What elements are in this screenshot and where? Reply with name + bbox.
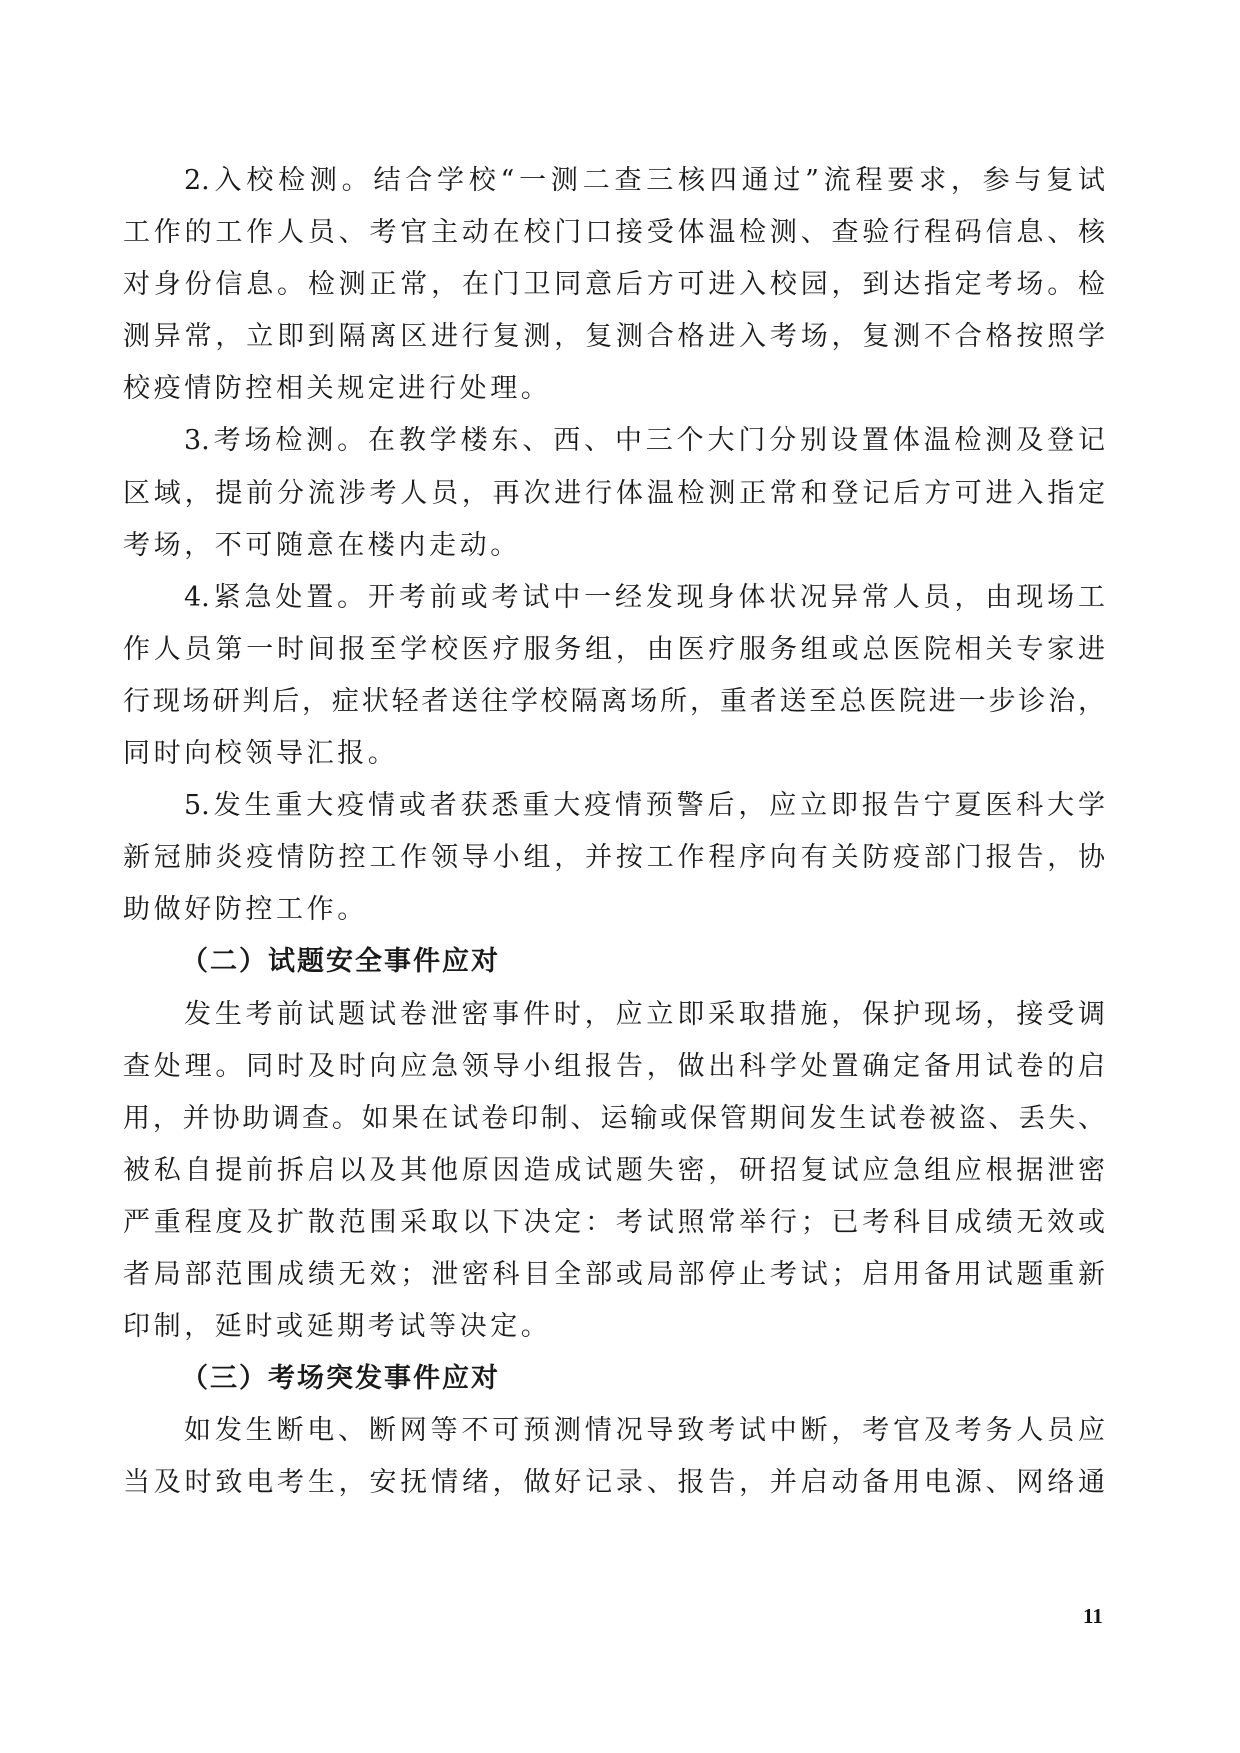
text-line: 作人员第一时间报至学校医疗服务组，由医疗服务组或总医院相关专家进	[123, 624, 1105, 676]
text-line: 行现场研判后，症状轻者送往学校隔离场所，重者送至总医院进一步诊治，	[123, 676, 1105, 728]
paragraph-item-5: 5.发生重大疫情或者获悉重大疫情预警后，应立即报告宁夏医科大学 新冠肺炎疫情防控…	[123, 780, 1105, 936]
text-line: 3.考场检测。在教学楼东、西、中三个大门分别设置体温检测及登记	[123, 415, 1105, 467]
text-line: 者局部范围成绩无效；泄密科目全部或局部停止考试；启用备用试题重新	[123, 1249, 1105, 1301]
paragraph-exam-security: 发生考前试题试卷泄密事件时，应立即采取措施，保护现场，接受调 查处理。同时及时向…	[123, 989, 1105, 1354]
text-line: 考场，不可随意在楼内走动。	[123, 520, 1105, 572]
paragraph-venue-emergency: 如发生断电、断网等不可预测情况导致考试中断，考官及考务人员应 当及时致电考生，安…	[123, 1405, 1105, 1509]
text-line: 如发生断电、断网等不可预测情况导致考试中断，考官及考务人员应	[123, 1405, 1105, 1457]
section-heading-exam-security: （二）试题安全事件应对	[123, 936, 1105, 988]
text-line: 同时向校领导汇报。	[123, 728, 1105, 780]
text-line: 5.发生重大疫情或者获悉重大疫情预警后，应立即报告宁夏医科大学	[123, 780, 1105, 832]
paragraph-item-3: 3.考场检测。在教学楼东、西、中三个大门分别设置体温检测及登记 区域，提前分流涉…	[123, 415, 1105, 571]
text-line: 当及时致电考生，安抚情绪，做好记录、报告，并启动备用电源、网络通	[123, 1457, 1105, 1509]
document-page: 2.入校检测。结合学校“一测二查三核四通过”流程要求，参与复试 工作的工作人员、…	[0, 0, 1240, 1753]
section-heading-venue-emergency: （三）考场突发事件应对	[123, 1353, 1105, 1405]
text-line: 严重程度及扩散范围采取以下决定：考试照常举行；已考科目成绩无效或	[123, 1197, 1105, 1249]
text-line: 印制，延时或延期考试等决定。	[123, 1301, 1105, 1353]
page-number: 11	[1083, 1604, 1103, 1629]
text-line: 对身份信息。检测正常，在门卫同意后方可进入校园，到达指定考场。检	[123, 259, 1105, 311]
text-line: 用，并协助调查。如果在试卷印制、运输或保管期间发生试卷被盗、丢失、	[123, 1093, 1105, 1145]
paragraph-item-2: 2.入校检测。结合学校“一测二查三核四通过”流程要求，参与复试 工作的工作人员、…	[123, 155, 1105, 415]
text-line: 发生考前试题试卷泄密事件时，应立即采取措施，保护现场，接受调	[123, 989, 1105, 1041]
text-line: 2.入校检测。结合学校“一测二查三核四通过”流程要求，参与复试	[123, 155, 1105, 207]
paragraph-item-4: 4.紧急处置。开考前或考试中一经发现身体状况异常人员，由现场工 作人员第一时间报…	[123, 572, 1105, 780]
text-line: 查处理。同时及时向应急领导小组报告，做出科学处置确定备用试卷的启	[123, 1041, 1105, 1093]
text-line: 4.紧急处置。开考前或考试中一经发现身体状况异常人员，由现场工	[123, 572, 1105, 624]
text-line: 被私自提前拆启以及其他原因造成试题失密，研招复试应急组应根据泄密	[123, 1145, 1105, 1197]
text-line: 区域，提前分流涉考人员，再次进行体温检测正常和登记后方可进入指定	[123, 468, 1105, 520]
text-line: 校疫情防控相关规定进行处理。	[123, 363, 1105, 415]
page-body: 2.入校检测。结合学校“一测二查三核四通过”流程要求，参与复试 工作的工作人员、…	[123, 155, 1105, 1509]
text-line: 助做好防控工作。	[123, 884, 1105, 936]
text-line: 测异常，立即到隔离区进行复测，复测合格进入考场，复测不合格按照学	[123, 311, 1105, 363]
text-line: 新冠肺炎疫情防控工作领导小组，并按工作程序向有关防疫部门报告，协	[123, 832, 1105, 884]
text-line: 工作的工作人员、考官主动在校门口接受体温检测、查验行程码信息、核	[123, 207, 1105, 259]
